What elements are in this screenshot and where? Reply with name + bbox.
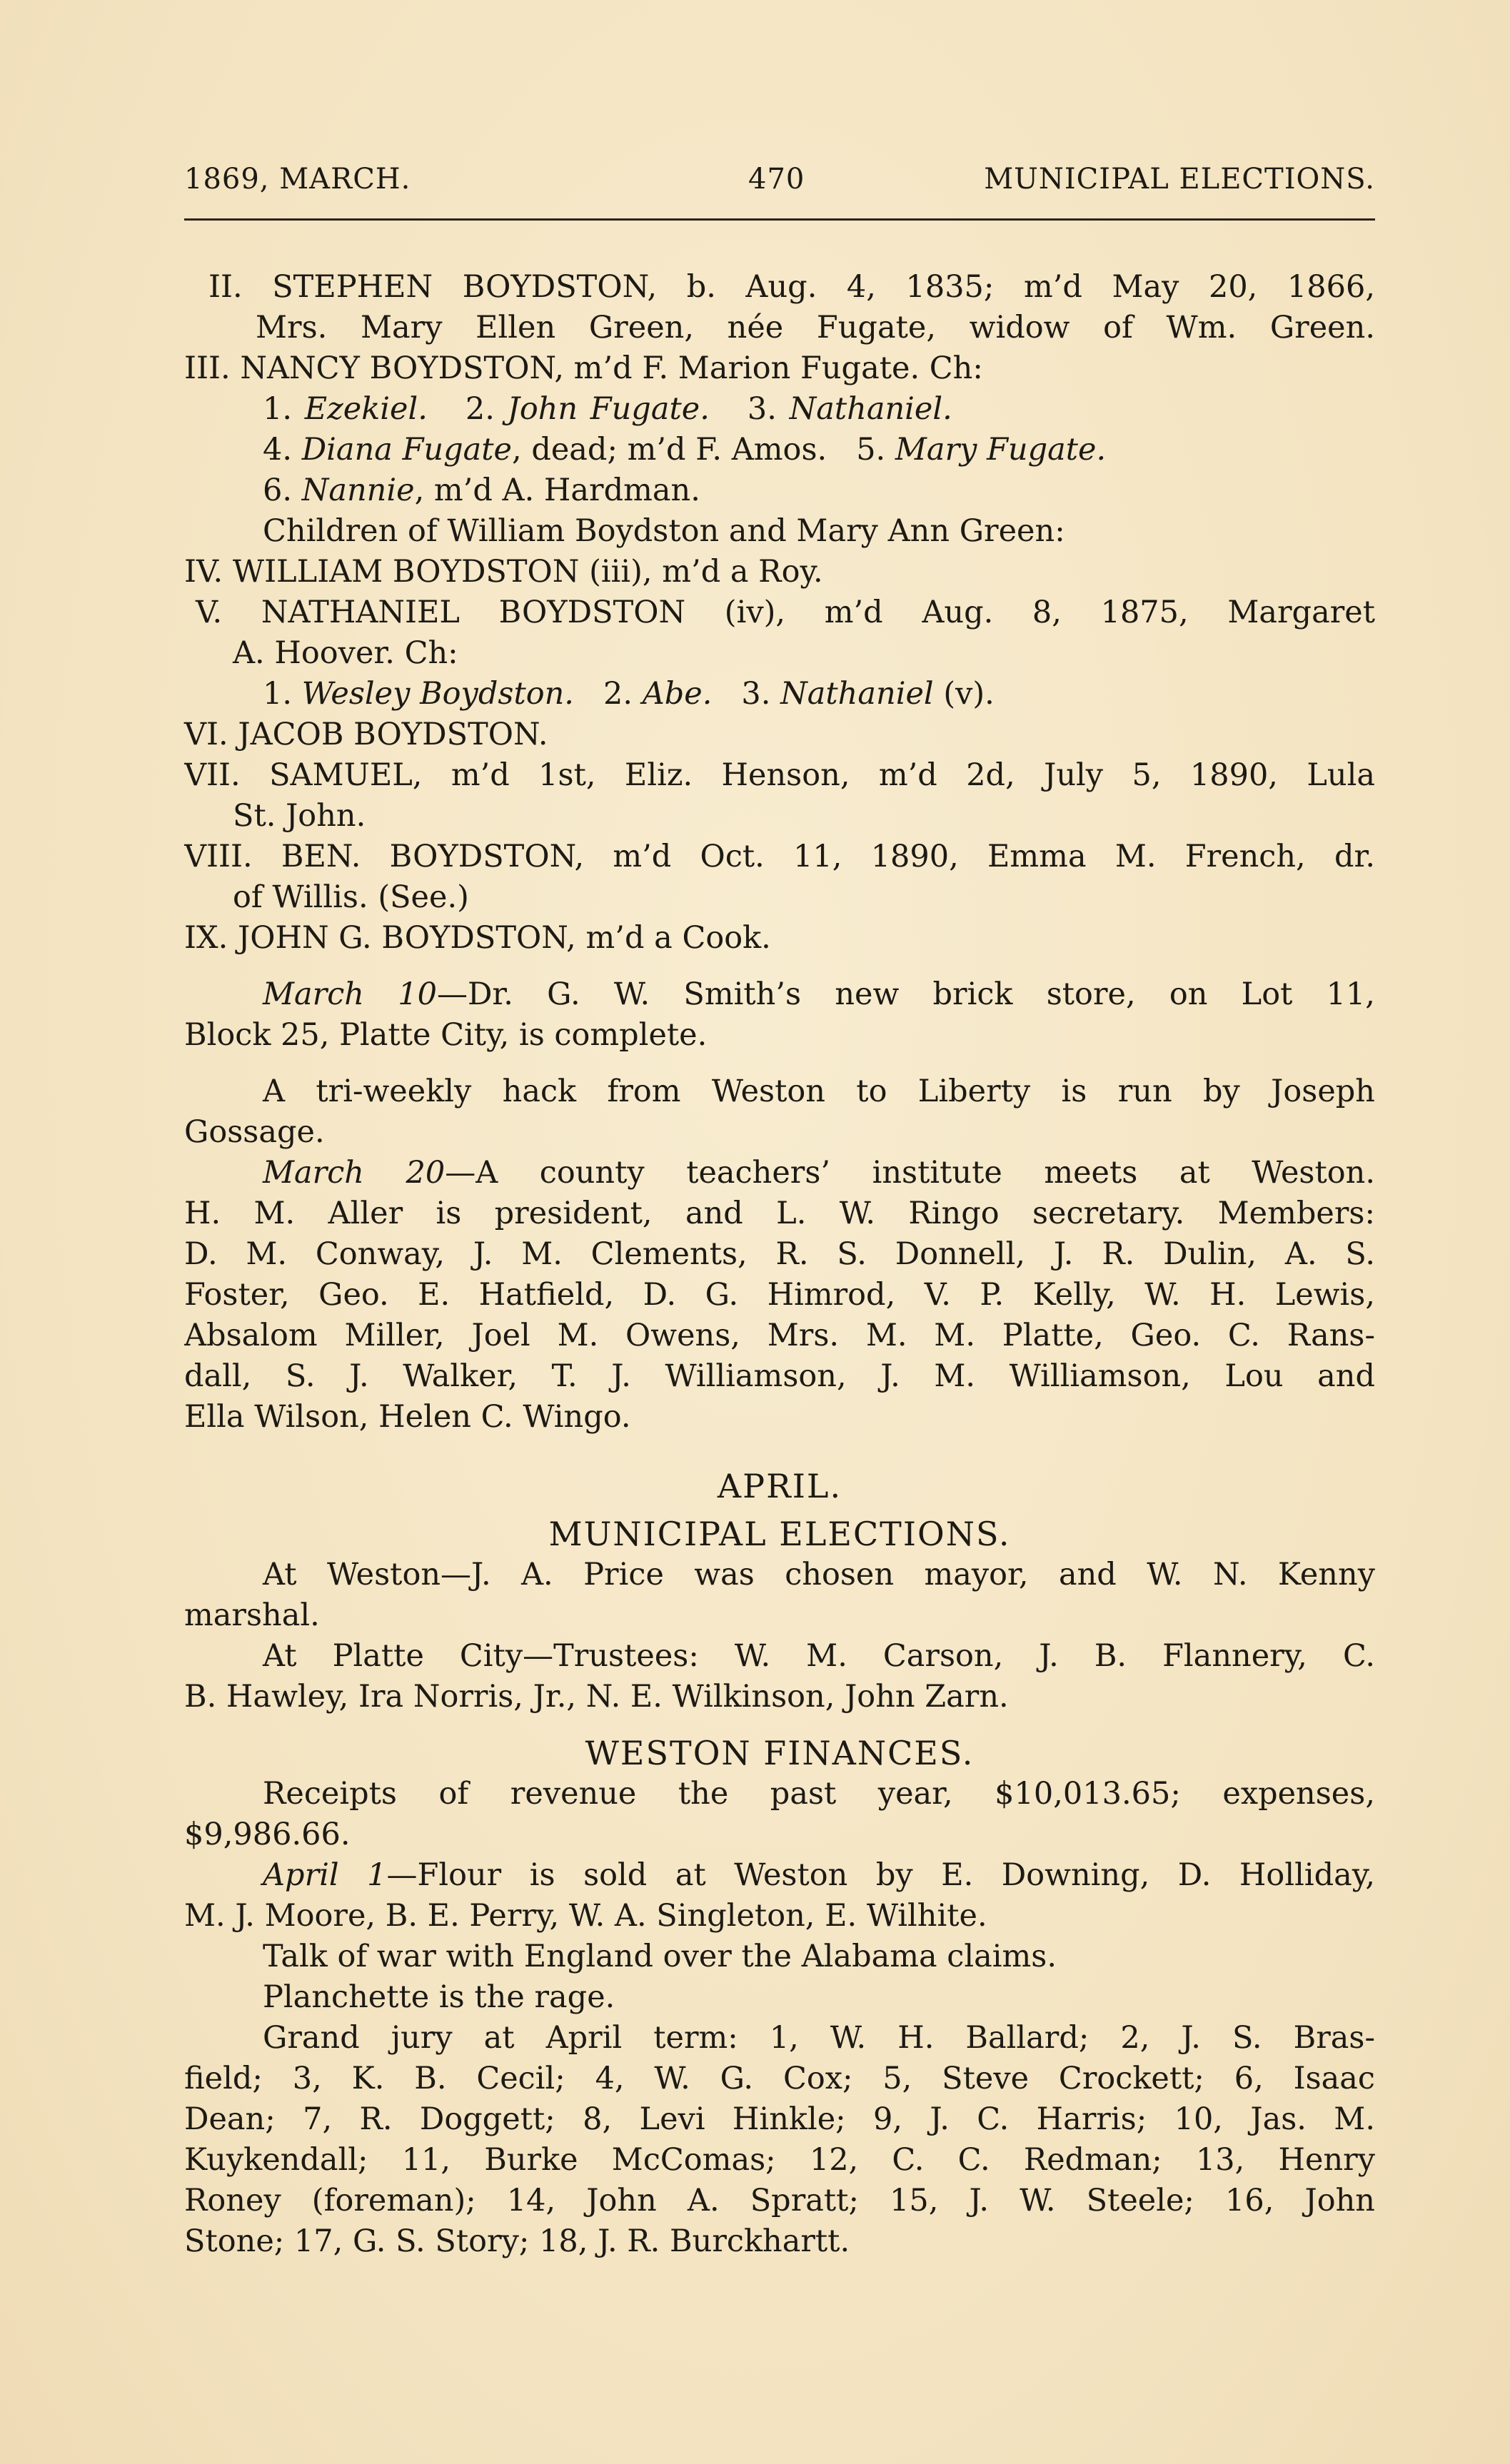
march-20-entry: March 20—A county teachers’ institute me… — [184, 1153, 1375, 1193]
entry-text: JOHN G. BOYDSTON, m’d a Cook. — [238, 920, 771, 956]
child-note: , dead; m’d F. Amos. — [512, 432, 827, 468]
genealogy-item-iii: III. NANCY BOYDSTON, m’d F. Marion Fugat… — [184, 348, 1375, 389]
child-name: Mary Fugate. — [895, 432, 1106, 468]
march-10-entry-continued: Block 25, Platte City, is complete. — [184, 1015, 1375, 1056]
page-body: II. STEPHEN BOYDSTON, b. Aug. 4, 1835; m… — [184, 267, 1375, 2262]
march-10-entry: March 10—Dr. G. W. Smith’s new brick sto… — [184, 974, 1375, 1015]
entry-date: March 20 — [263, 1155, 445, 1191]
grand-jury-line: field; 3, K. B. Cecil; 4, W. G. Cox; 5, … — [184, 2059, 1375, 2099]
entry-text: BEN. BOYDSTON, m’d Oct. 11, 1890, Emma M… — [281, 839, 1375, 874]
section-heading-municipal-elections: MUNICIPAL ELECTIONS. — [184, 1514, 1375, 1555]
genealogy-item-ii: II. STEPHEN BOYDSTON, b. Aug. 4, 1835; m… — [184, 267, 1375, 308]
entry-text: NATHANIEL BOYDSTON (iv), m’d Aug. 8, 187… — [261, 595, 1375, 630]
entry-text: JACOB BOYDSTON. — [238, 717, 548, 752]
platte-city-election-continued: B. Hawley, Ira Norris, Jr., N. E. Wilkin… — [184, 1677, 1375, 1717]
grand-jury-line: Roney (foreman); 14, John A. Spratt; 15,… — [184, 2181, 1375, 2221]
hack-entry: A tri-weekly hack from Weston to Liberty… — [184, 1071, 1375, 1112]
genealogy-item-ii-continued: Mrs. Mary Ellen Green, née Fugate, widow… — [184, 308, 1375, 348]
entry-text: WILLIAM BOYDSTON (iii), m’d a Roy. — [233, 554, 823, 590]
numeral: IX. — [184, 920, 228, 956]
entry-text: —A county teachers’ institute meets at W… — [445, 1155, 1375, 1191]
war-talk-entry: Talk of war with England over the Alabam… — [184, 1937, 1375, 1977]
grand-jury-entry: Grand jury at April term: 1, W. H. Balla… — [184, 2018, 1375, 2059]
child-name: Nathaniel — [780, 676, 934, 712]
children-intro: Children of William Boydston and Mary An… — [184, 511, 1375, 552]
children-row-v: 1. Wesley Boydston. 2. Abe. 3. Nathaniel… — [184, 674, 1375, 715]
child-name: John Fugate. — [508, 391, 710, 427]
child-number: 3. — [748, 391, 777, 427]
march-20-line: D. M. Conway, J. M. Clements, R. S. Donn… — [184, 1234, 1375, 1275]
child-number: 2. — [603, 676, 633, 712]
weston-election: At Weston—J. A. Price was chosen mayor, … — [184, 1555, 1375, 1595]
spacer — [184, 1438, 1375, 1466]
grand-jury-line: Stone; 17, G. S. Story; 18, J. R. Burckh… — [184, 2221, 1375, 2262]
child-number: 1. — [263, 391, 292, 427]
grand-jury-line: Dean; 7, R. Doggett; 8, Levi Hinkle; 9, … — [184, 2099, 1375, 2140]
march-20-line: Ella Wilson, Helen C. Wingo. — [184, 1397, 1375, 1438]
genealogy-item-vii-continued: St. John. — [184, 796, 1375, 837]
section-heading-weston-finances: WESTON FINANCES. — [184, 1733, 1375, 1774]
spacer — [184, 959, 1375, 974]
children-row-2: 4. Diana Fugate, dead; m’d F. Amos. 5. M… — [184, 430, 1375, 470]
spacer — [184, 1056, 1375, 1071]
entry-text: —Dr. G. W. Smith’s new brick store, on L… — [437, 976, 1375, 1012]
running-head: 1869, MARCH. 470 MUNICIPAL ELECTIONS. — [184, 163, 1375, 203]
numeral: VIII. — [184, 839, 253, 874]
child-number: 6. — [263, 473, 292, 508]
child-note: , m’d A. Hardman. — [415, 473, 700, 508]
child-name: Wesley Boydston. — [302, 676, 574, 712]
numeral: IV. — [184, 554, 223, 590]
genealogy-item-v: V. NATHANIEL BOYDSTON (iv), m’d Aug. 8, … — [184, 592, 1375, 633]
march-20-line: dall, S. J. Walker, T. J. Williamson, J.… — [184, 1356, 1375, 1397]
entry-text: Mrs. Mary Ellen Green, née Fugate, widow… — [256, 310, 1375, 345]
child-note: (v). — [934, 676, 995, 712]
child-name: Abe. — [643, 676, 713, 712]
entry-text: NANCY BOYDSTON, m’d F. Marion Fugate. Ch… — [240, 350, 983, 386]
numeral: VI. — [184, 717, 228, 752]
child-name: Ezekiel. — [305, 391, 428, 427]
child-name: Nannie — [302, 473, 415, 508]
numeral: V. — [196, 595, 222, 630]
platte-city-election: At Platte City—Trustees: W. M. Carson, J… — [184, 1636, 1375, 1677]
entry-date: March 10 — [263, 976, 437, 1012]
genealogy-item-v-continued: A. Hoover. Ch: — [184, 633, 1375, 674]
header-rule — [184, 218, 1375, 221]
entry-text: —Flour is sold at Weston by E. Downing, … — [387, 1857, 1375, 1893]
genealogy-item-vi: VI. JACOB BOYDSTON. — [184, 715, 1375, 755]
child-number: 4. — [263, 432, 292, 468]
march-20-line: Absalom Miller, Joel M. Owens, Mrs. M. M… — [184, 1316, 1375, 1356]
genealogy-item-viii-continued: of Willis. (See.) — [184, 877, 1375, 918]
child-name: Nathaniel. — [790, 391, 952, 427]
numeral: II. — [208, 269, 243, 305]
genealogy-item-viii: VIII. BEN. BOYDSTON, m’d Oct. 11, 1890, … — [184, 837, 1375, 877]
page-number: 470 — [748, 163, 805, 196]
march-20-line: Foster, Geo. E. Hatfield, D. G. Himrod, … — [184, 1275, 1375, 1316]
april-1-entry: April 1—Flour is sold at Weston by E. Do… — [184, 1855, 1375, 1896]
running-head-right: MUNICIPAL ELECTIONS. — [984, 163, 1375, 196]
entry-text: SAMUEL, m’d 1st, Eliz. Henson, m’d 2d, J… — [269, 757, 1375, 793]
child-name: Diana Fugate — [302, 432, 512, 468]
spacer — [184, 1717, 1375, 1733]
finances-entry-continued: $9,986.66. — [184, 1814, 1375, 1855]
entry-text: STEPHEN BOYDSTON, b. Aug. 4, 1835; m’d M… — [272, 269, 1375, 305]
hack-entry-continued: Gossage. — [184, 1112, 1375, 1153]
running-head-left: 1869, MARCH. — [184, 163, 411, 196]
numeral: III. — [184, 350, 231, 386]
march-20-line: H. M. Aller is president, and L. W. Ring… — [184, 1193, 1375, 1234]
children-row-1: 1. Ezekiel. 2. John Fugate. 3. Nathaniel… — [184, 389, 1375, 430]
grand-jury-line: Kuykendall; 11, Burke McComas; 12, C. C.… — [184, 2140, 1375, 2181]
genealogy-item-ix: IX. JOHN G. BOYDSTON, m’d a Cook. — [184, 918, 1375, 959]
entry-date: April 1 — [263, 1857, 387, 1893]
child-number: 1. — [263, 676, 292, 712]
child-number: 2. — [465, 391, 495, 427]
weston-election-continued: marshal. — [184, 1595, 1375, 1636]
children-row-3: 6. Nannie, m’d A. Hardman. — [184, 470, 1375, 511]
month-heading-april: APRIL. — [184, 1466, 1375, 1507]
april-1-entry-continued: M. J. Moore, B. E. Perry, W. A. Singleto… — [184, 1896, 1375, 1937]
genealogy-item-vii: VII. SAMUEL, m’d 1st, Eliz. Henson, m’d … — [184, 755, 1375, 796]
numeral: VII. — [184, 757, 241, 793]
child-number: 5. — [856, 432, 885, 468]
child-number: 3. — [741, 676, 770, 712]
finances-entry: Receipts of revenue the past year, $10,0… — [184, 1774, 1375, 1814]
genealogy-item-iv: IV. WILLIAM BOYDSTON (iii), m’d a Roy. — [184, 552, 1375, 592]
planchette-entry: Planchette is the rage. — [184, 1977, 1375, 2018]
